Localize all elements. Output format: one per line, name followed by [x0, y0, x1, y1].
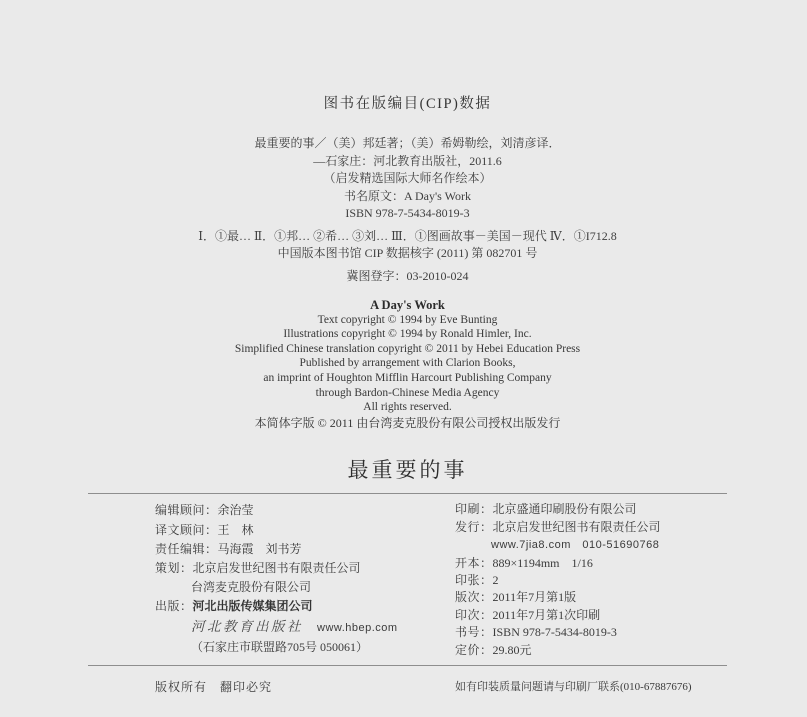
cip-license-line: 冀图登字：03-2010-024 [88, 268, 727, 286]
page-content: 图书在版编目(CIP)数据 最重要的事／（美）邦廷著；（美）希姆勒绘，刘清彦译．… [88, 0, 727, 694]
cip-registry-line: 中国版本图书馆 CIP 数据核字 (2011) 第 082701 号 [88, 245, 727, 263]
copyright-line: Published by arrangement with Clarion Bo… [88, 356, 727, 371]
print-value: ISBN 978-7-5434-8019-3 [493, 625, 617, 639]
credit-row-publisher-address: （石家庄市联盟路705号 050061） [155, 638, 455, 657]
print-value: 北京盛通印刷股份有限公司 [493, 502, 637, 516]
cip-line: 最重要的事／（美）邦廷著；（美）希姆勒绘，刘清彦译． [88, 135, 727, 153]
copyright-line: All rights reserved. [88, 400, 727, 415]
credit-label: 编辑顾问： [155, 503, 218, 517]
print-value: 889×1194mm 1/16 [493, 556, 593, 570]
print-label: 印次： [455, 608, 493, 622]
credit-label: 责任编辑： [155, 542, 218, 556]
credit-value: 台湾麦克股份有限公司 [191, 580, 311, 594]
distributor-website-phone: www.7jia8.com 010-51690768 [491, 539, 659, 551]
cip-line: —石家庄：河北教育出版社，2011.6 [88, 153, 727, 171]
credit-value: （石家庄市联盟路705号 050061） [191, 640, 368, 654]
cip-line: 书名原文：A Day's Work [88, 188, 727, 206]
print-row-edition: 版次：2011年7月第1版 [455, 589, 727, 606]
print-row-printer: 印刷：北京盛通印刷股份有限公司 [455, 501, 727, 518]
credit-row-planning-2: 台湾麦克股份有限公司 [155, 578, 455, 597]
print-label: 版次： [455, 590, 493, 604]
print-label: 印刷： [455, 502, 493, 516]
credit-row-responsible-editor: 责任编辑：马海霞 刘书芳 [155, 540, 455, 559]
print-row-sheets: 印张：2 [455, 572, 727, 589]
all-rights-reserved-notice: 版权所有 翻印必究 [155, 678, 272, 695]
credit-label: 策划： [155, 561, 193, 575]
print-value: 2011年7月第1版 [493, 590, 577, 604]
credit-value: 北京启发世纪图书有限责任公司 [193, 561, 361, 575]
credit-label: 出版： [155, 599, 193, 613]
print-value: 北京启发世纪图书有限责任公司 [493, 520, 661, 534]
print-value: 2011年7月第1次印刷 [493, 608, 601, 622]
cip-line: （启发精选国际大师名作绘本） [88, 170, 727, 188]
cip-classification-line: Ⅰ．①最… Ⅱ．①邦… ②希… ③刘… Ⅲ．①图画故事－美国－现代 Ⅳ．①I71… [88, 228, 727, 246]
credit-row-editorial-advisor: 编辑顾问：余治莹 [155, 501, 455, 520]
cip-data-block: 最重要的事／（美）邦廷著；（美）希姆勒绘，刘清彦译． —石家庄：河北教育出版社，… [88, 135, 727, 285]
credit-row-publisher-imprint: 河北教育出版社www.hbep.com [155, 617, 455, 638]
print-label: 发行： [455, 520, 493, 534]
credit-value: 河北出版传媒集团公司 [193, 599, 313, 613]
print-row-isbn: 书号：ISBN 978-7-5434-8019-3 [455, 624, 727, 641]
credit-row-publisher: 出版：河北出版传媒集团公司 [155, 597, 455, 616]
print-label: 书号： [455, 625, 493, 639]
book-title: 最重要的事 [88, 454, 727, 484]
credit-label: 译文顾问： [155, 523, 218, 537]
credit-row-planning: 策划：北京启发世纪图书有限责任公司 [155, 559, 455, 578]
print-row-distributor: 发行：北京启发世纪图书有限责任公司 [455, 519, 727, 536]
print-label: 定价： [455, 643, 493, 657]
book-colophon-page: 图书在版编目(CIP)数据 最重要的事／（美）邦廷著；（美）希姆勒绘，刘清彦译．… [0, 0, 807, 717]
print-label: 印张： [455, 573, 493, 587]
print-label: 开本： [455, 556, 493, 570]
print-value: 2 [493, 573, 499, 587]
credit-value: 马海霞 刘书芳 [218, 542, 302, 556]
print-value: 29.80元 [493, 643, 532, 657]
credit-value: 余治莹 [218, 503, 254, 517]
copyright-line: Text copyright © 1994 by Eve Bunting [88, 313, 727, 328]
cip-isbn-line: ISBN 978-7-5434-8019-3 [88, 205, 727, 223]
footer-divider [88, 665, 727, 666]
colophon-right-column: 印刷：北京盛通印刷股份有限公司 发行：北京启发世纪图书有限责任公司 www.7j… [455, 501, 727, 659]
publisher-website: www.hbep.com [317, 622, 398, 634]
footer: 版权所有 翻印必究 如有印装质量问题请与印刷厂联系(010-67887676) [88, 678, 727, 694]
publisher-script-logo: 河北教育出版社 [191, 619, 303, 634]
print-quality-contact-notice: 如有印装质量问题请与印刷厂联系(010-67887676) [455, 678, 692, 694]
colophon-left-column: 编辑顾问：余治莹 译文顾问：王 林 责任编辑：马海霞 刘书芳 策划：北京启发世纪… [155, 501, 455, 659]
print-row-price: 定价：29.80元 [455, 642, 727, 659]
copyright-line: Simplified Chinese translation copyright… [88, 342, 727, 357]
cip-title: 图书在版编目(CIP)数据 [88, 92, 727, 113]
copyright-line: through Bardon-Chinese Media Agency [88, 386, 727, 401]
original-title: A Day's Work [88, 298, 727, 313]
copyright-block: A Day's Work Text copyright © 1994 by Ev… [88, 298, 727, 430]
print-row-impression: 印次：2011年7月第1次印刷 [455, 607, 727, 624]
copyright-line: Illustrations copyright © 1994 by Ronald… [88, 327, 727, 342]
colophon: 编辑顾问：余治莹 译文顾问：王 林 责任编辑：马海霞 刘书芳 策划：北京启发世纪… [88, 501, 727, 659]
copyright-line: an imprint of Houghton Mifflin Harcourt … [88, 371, 727, 386]
title-divider [88, 493, 727, 494]
print-row-format: 开本：889×1194mm 1/16 [455, 555, 727, 572]
credit-row-translation-advisor: 译文顾问：王 林 [155, 521, 455, 540]
print-row-distributor-contact: www.7jia8.com 010-51690768 [455, 536, 727, 554]
simplified-chinese-rights-line: 本简体字版 © 2011 由台湾麦克股份有限公司授权出版发行 [88, 416, 727, 431]
credit-value: 王 林 [218, 523, 254, 537]
